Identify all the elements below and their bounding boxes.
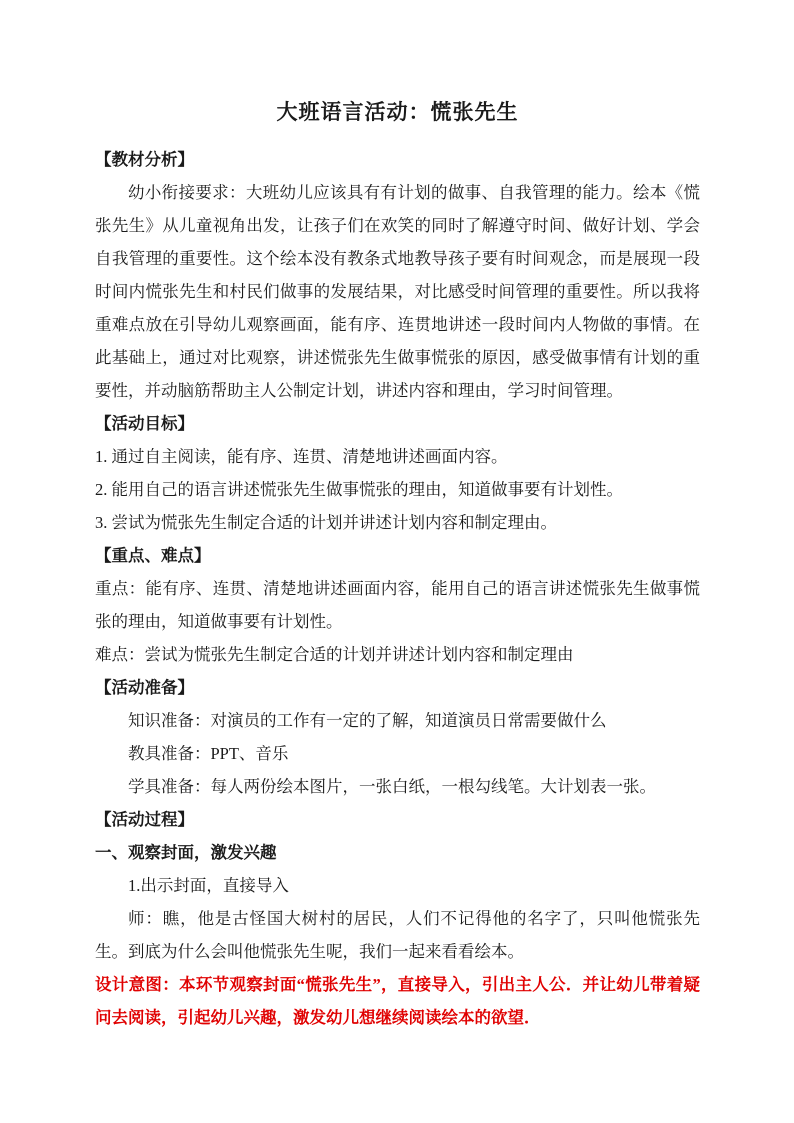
heading-activity-process: 【活动过程】: [95, 803, 700, 836]
document-content: 大班语言活动：慌张先生 【教材分析】 幼小衔接要求：大班幼儿应该具有有计划的做事…: [0, 0, 794, 1034]
goal-item-1: 1. 通过自主阅读，能有序、连贯、清楚地讲述画面内容。: [95, 440, 700, 473]
goal-item-2: 2. 能用自己的语言讲述慌张先生做事慌张的理由，知道做事要有计划性。: [95, 473, 700, 506]
goal-item-3: 3. 尝试为慌张先生制定合适的计划并讲述计划内容和制定理由。: [95, 506, 700, 539]
process-step1-teacher-script: 师：瞧，他是古怪国大树村的居民，人们不记得他的名字了，只叫他慌张先生。到底为什么…: [95, 902, 700, 968]
heading-key-difficult-points: 【重点、难点】: [95, 539, 700, 572]
document-title: 大班语言活动：慌张先生: [95, 97, 700, 127]
heading-activity-preparation: 【活动准备】: [95, 671, 700, 704]
design-intent-note: 设计意图：本环节观察封面“慌张先生”，直接导入，引出主人公．并让幼儿带着疑问去阅…: [95, 968, 700, 1034]
prep-knowledge-line: 知识准备：对演员的工作有一定的了解，知道演员日常需要做什么: [95, 704, 700, 737]
prep-teaching-aids-line: 教具准备：PPT、音乐: [95, 737, 700, 770]
document-page: 大班语言活动：慌张先生 【教材分析】 幼小衔接要求：大班幼儿应该具有有计划的做事…: [0, 0, 794, 1123]
process-step1-title: 一、观察封面，激发兴趣: [95, 836, 700, 869]
material-analysis-paragraph: 幼小衔接要求：大班幼儿应该具有有计划的做事、自我管理的能力。绘本《慌张先生》从儿…: [95, 176, 700, 407]
heading-activity-goals: 【活动目标】: [95, 407, 700, 440]
key-point-paragraph: 重点：能有序、连贯、清楚地讲述画面内容，能用自己的语言讲述慌张先生做事慌张的理由…: [95, 572, 700, 638]
process-step1-subtitle: 1.出示封面，直接导入: [95, 869, 700, 902]
heading-material-analysis: 【教材分析】: [95, 143, 700, 176]
difficult-point-paragraph: 难点：尝试为慌张先生制定合适的计划并讲述计划内容和制定理由: [95, 638, 700, 671]
prep-learning-aids-line: 学具准备：每人两份绘本图片，一张白纸，一根勾线笔。大计划表一张。: [95, 770, 700, 803]
